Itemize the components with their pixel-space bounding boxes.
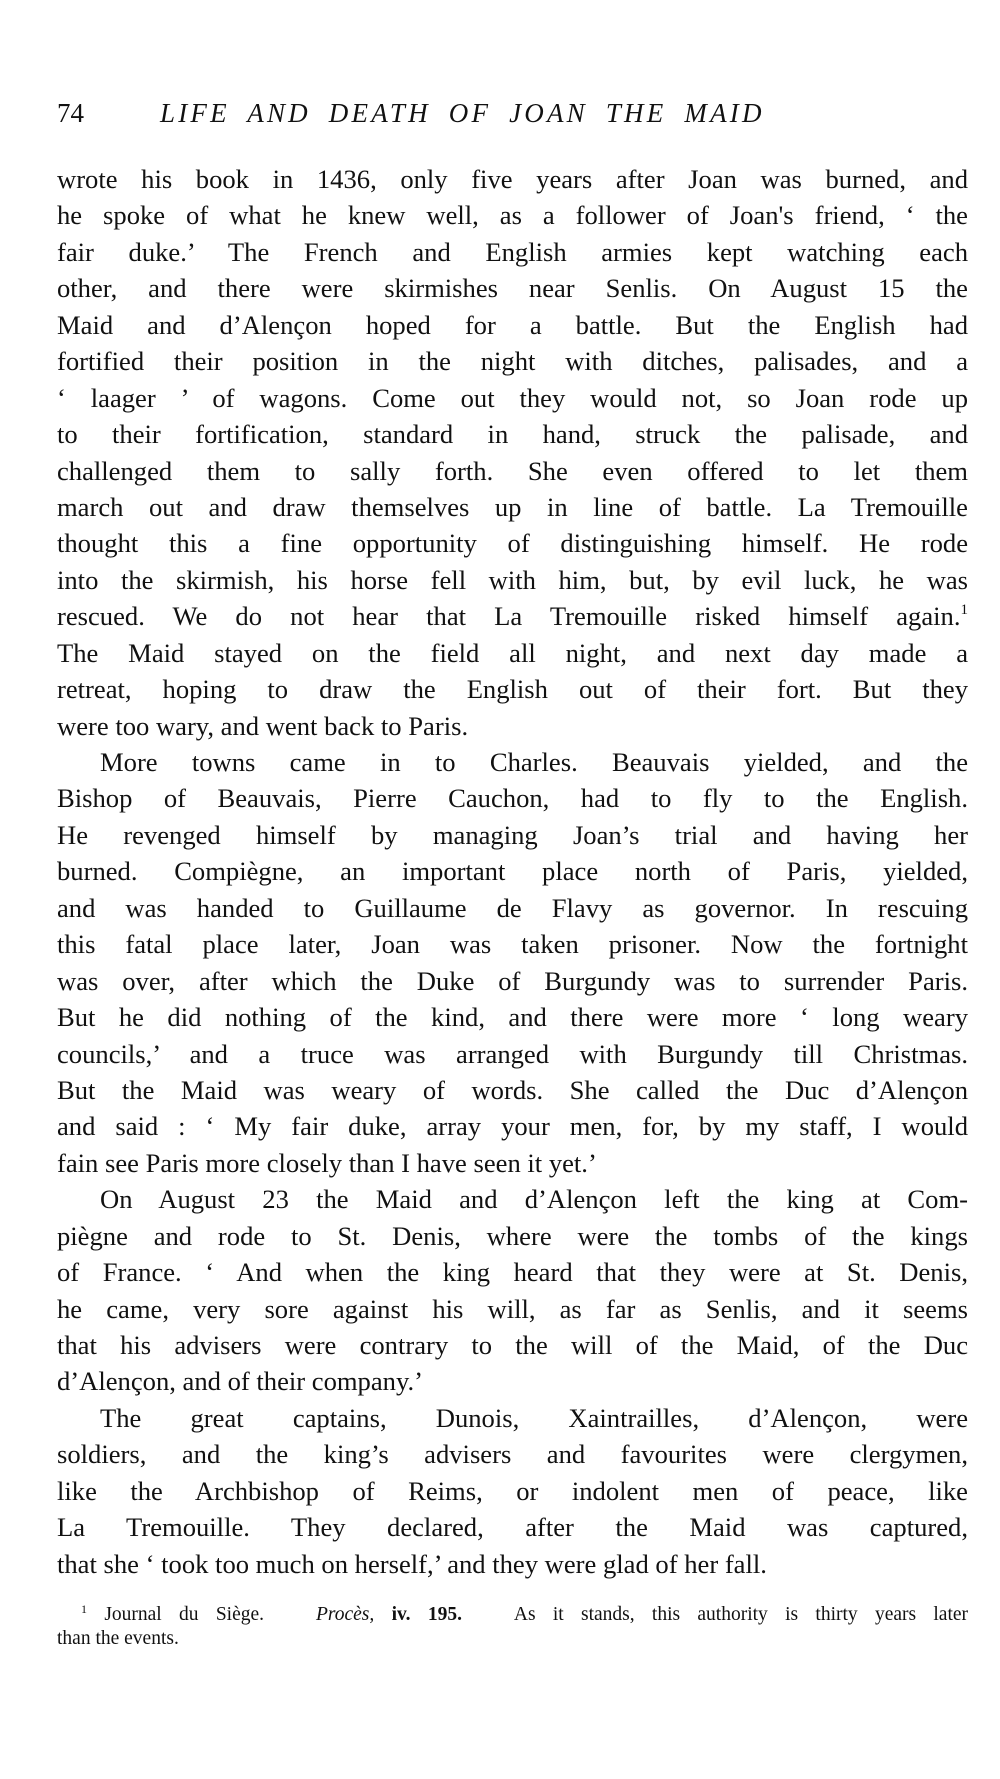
text-line: and was handed to Guillaume de Flavy as …	[57, 890, 968, 926]
paragraph: The great captains, Dunois, Xaintrailles…	[57, 1400, 968, 1582]
text-line: The great captains, Dunois, Xaintrailles…	[57, 1400, 968, 1436]
line-text: But he did nothing of the kind, and ther…	[57, 1002, 968, 1032]
text-line: More towns came in to Charles. Beauvais …	[57, 744, 968, 780]
text-line: piègne and rode to St. Denis, where were…	[57, 1218, 968, 1254]
text-line: was over, after which the Duke of Burgun…	[57, 963, 968, 999]
text-line: he spoke of what he knew well, as a foll…	[57, 197, 968, 233]
line-text: burned. Compiègne, an important place no…	[57, 856, 968, 886]
footnote-citation-ref: iv. 195.	[392, 1604, 462, 1625]
line-text: were too wary, and went back to Paris.	[57, 711, 468, 741]
text-line: retreat, hoping to draw the English out …	[57, 671, 968, 707]
text-line: But the Maid was weary of words. She cal…	[57, 1072, 968, 1108]
text-line: fain see Paris more closely than I have …	[57, 1145, 968, 1181]
text-line: to their fortification, standard in hand…	[57, 416, 968, 452]
page-number: 74	[57, 95, 84, 131]
text-line: challenged them to sally forth. She even…	[57, 453, 968, 489]
line-text: fortified their position in the night wi…	[57, 346, 968, 376]
running-head: 74 LIFE AND DEATH OF JOAN THE MAID	[57, 95, 968, 131]
text-line: and said : ‘ My fair duke, array your me…	[57, 1108, 968, 1144]
body-text: wrote his book in 1436, only five years …	[57, 161, 968, 1582]
text-line: soldiers, and the king’s advisers and fa…	[57, 1436, 968, 1472]
text-line: he came, very sore against his will, as …	[57, 1291, 968, 1327]
line-text: Maid and d’Alençon hoped for a battle. B…	[57, 310, 968, 340]
text-line: Maid and d’Alençon hoped for a battle. B…	[57, 307, 968, 343]
line-text: thought this a fine opportunity of disti…	[57, 528, 968, 558]
text-line: this fatal place later, Joan was taken p…	[57, 926, 968, 962]
line-text: of France. ‘ And when the king heard tha…	[57, 1257, 968, 1287]
text-line: thought this a fine opportunity of disti…	[57, 525, 968, 561]
footnote-marker: 1	[81, 1602, 87, 1616]
line-text: ‘ laager ’ of wagons. Come out they woul…	[57, 383, 968, 413]
line-text: march out and draw themselves up in line…	[57, 492, 968, 522]
paragraph: On August 23 the Maid and d’Alençon left…	[57, 1181, 968, 1400]
line-text: He revenged himself by managing Joan’s t…	[57, 820, 968, 850]
footnote-line: 1 Journal du Siège. Procès, iv. 195. As …	[57, 1603, 968, 1627]
line-text: that she ‘ took too much on herself,’ an…	[57, 1549, 767, 1579]
text-line: wrote his book in 1436, only five years …	[57, 161, 968, 197]
paragraph: More towns came in to Charles. Beauvais …	[57, 744, 968, 1181]
line-text: The great captains, Dunois, Xaintrailles…	[100, 1403, 968, 1433]
text-line: were too wary, and went back to Paris.	[57, 708, 968, 744]
line-text: fain see Paris more closely than I have …	[57, 1148, 597, 1178]
text-line: of France. ‘ And when the king heard tha…	[57, 1254, 968, 1290]
text-line: The Maid stayed on the field all night, …	[57, 635, 968, 671]
line-text: to their fortification, standard in hand…	[57, 419, 968, 449]
text-line: He revenged himself by managing Joan’s t…	[57, 817, 968, 853]
line-text: was over, after which the Duke of Burgun…	[57, 966, 968, 996]
text-line: like the Archbishop of Reims, or indolen…	[57, 1473, 968, 1509]
line-text: More towns came in to Charles. Beauvais …	[100, 747, 968, 777]
line-text: fair duke.’ The French and English armie…	[57, 237, 968, 267]
footnote-line: than the events.	[57, 1627, 968, 1651]
line-text: councils,’ and a truce was arranged with…	[57, 1039, 968, 1069]
footnote-source: Journal du Siège.	[104, 1604, 264, 1625]
line-text: and said : ‘ My fair duke, array your me…	[57, 1111, 968, 1141]
line-text: rescued. We do not hear that La Tremouil…	[57, 601, 961, 631]
text-line: that she ‘ took too much on herself,’ an…	[57, 1546, 968, 1582]
running-title: LIFE AND DEATH OF JOAN THE MAID	[160, 95, 765, 131]
line-text: challenged them to sally forth. She even…	[57, 456, 968, 486]
line-text: he came, very sore against his will, as …	[57, 1294, 968, 1324]
text-line: march out and draw themselves up in line…	[57, 489, 968, 525]
line-text: La Tremouille. They declared, after the …	[57, 1512, 968, 1542]
line-text: into the skirmish, his horse fell with h…	[57, 565, 968, 595]
footnote-reference[interactable]: 1	[961, 602, 969, 618]
text-line: ‘ laager ’ of wagons. Come out they woul…	[57, 380, 968, 416]
line-text: piègne and rode to St. Denis, where were…	[57, 1221, 968, 1251]
footnote-citation-title: Procès,	[316, 1604, 374, 1625]
line-text: this fatal place later, Joan was taken p…	[57, 929, 968, 959]
text-line: councils,’ and a truce was arranged with…	[57, 1036, 968, 1072]
line-text: The Maid stayed on the field all night, …	[57, 638, 968, 668]
line-text: other, and there were skirmishes near Se…	[57, 273, 968, 303]
text-line: Bishop of Beauvais, Pierre Cauchon, had …	[57, 780, 968, 816]
footnote: 1 Journal du Siège. Procès, iv. 195. As …	[57, 1603, 968, 1651]
line-text: But the Maid was weary of words. She cal…	[57, 1075, 968, 1105]
line-text: On August 23 the Maid and d’Alençon left…	[100, 1184, 968, 1214]
line-text: wrote his book in 1436, only five years …	[57, 164, 968, 194]
paragraph: wrote his book in 1436, only five years …	[57, 161, 968, 744]
line-text: Bishop of Beauvais, Pierre Cauchon, had …	[57, 783, 968, 813]
line-text: and was handed to Guillaume de Flavy as …	[57, 893, 968, 923]
text-line: rescued. We do not hear that La Tremouil…	[57, 598, 968, 634]
text-line: fair duke.’ The French and English armie…	[57, 234, 968, 270]
line-text: he spoke of what he knew well, as a foll…	[57, 200, 968, 230]
text-line: fortified their position in the night wi…	[57, 343, 968, 379]
line-text: that his advisers were contrary to the w…	[57, 1330, 968, 1360]
text-line: d’Alençon, and of their company.’	[57, 1363, 968, 1399]
text-line: On August 23 the Maid and d’Alençon left…	[57, 1181, 968, 1217]
text-line: that his advisers were contrary to the w…	[57, 1327, 968, 1363]
text-line: But he did nothing of the kind, and ther…	[57, 999, 968, 1035]
line-text: like the Archbishop of Reims, or indolen…	[57, 1476, 968, 1506]
text-line: into the skirmish, his horse fell with h…	[57, 562, 968, 598]
text-line: burned. Compiègne, an important place no…	[57, 853, 968, 889]
text-line: La Tremouille. They declared, after the …	[57, 1509, 968, 1545]
line-text: d’Alençon, and of their company.’	[57, 1366, 423, 1396]
footnote-comment: As it stands, this authority is thirty y…	[514, 1604, 968, 1625]
line-text: retreat, hoping to draw the English out …	[57, 674, 968, 704]
line-text: soldiers, and the king’s advisers and fa…	[57, 1439, 968, 1469]
text-line: other, and there were skirmishes near Se…	[57, 270, 968, 306]
